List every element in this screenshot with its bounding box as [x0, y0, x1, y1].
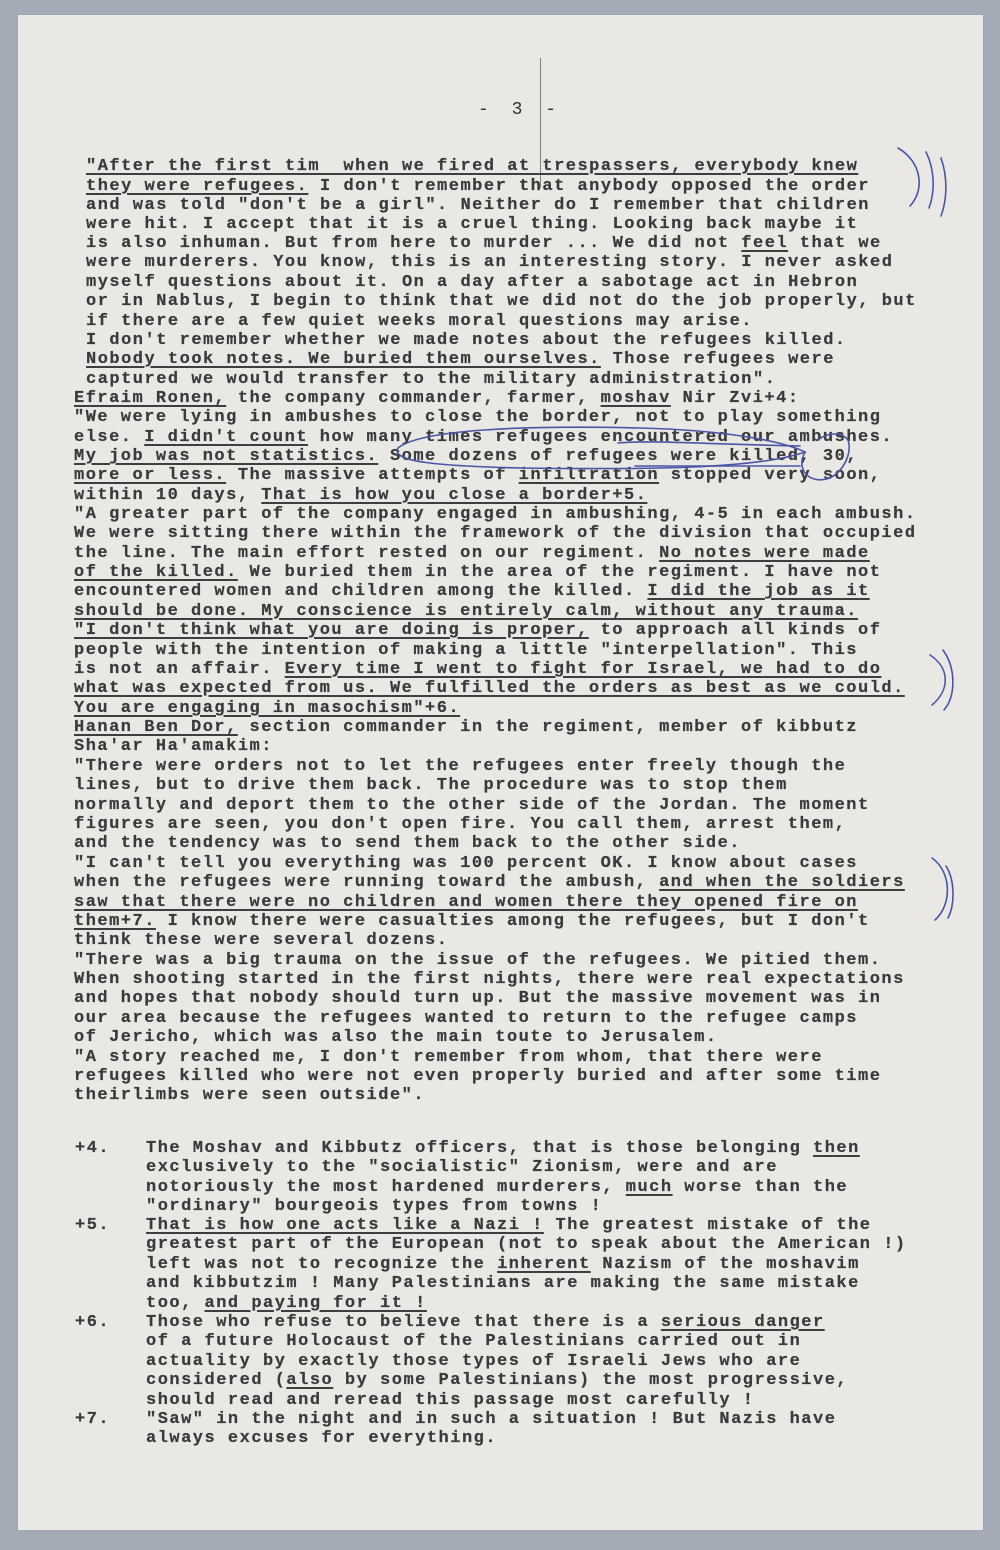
text-run: figures are seen, you don't open fire. Y…: [74, 815, 846, 834]
footnote-label: +6.: [75, 1313, 110, 1333]
text-line: Hanan Ben Dor, section commander in the …: [74, 718, 858, 738]
text-run: that we: [788, 234, 882, 253]
text-run: within 10 days,: [74, 486, 261, 505]
text-run: Some dozens of refugees were killed, 30,: [378, 447, 858, 466]
text-line: I don't remember whether we made notes a…: [86, 331, 847, 351]
text-run: how many times refugees encountered our …: [308, 428, 893, 447]
text-line: We were sitting there within the framewo…: [74, 524, 917, 544]
text-line: figures are seen, you don't open fire. Y…: [74, 815, 846, 835]
footnote-line: The Moshav and Kibbutz officers, that is…: [146, 1139, 860, 1159]
text-line: captured we would transfer to the milita…: [86, 370, 776, 390]
text-line: is also inhuman. But from here to murder…: [86, 234, 882, 254]
text-run: if there are a few quiet weeks moral que…: [86, 312, 753, 331]
underlined-text: and when the soldiers: [659, 873, 905, 892]
underlined-text: Hanan Ben Dor,: [74, 718, 238, 737]
text-line: Sha'ar Ha'amakim:: [74, 737, 273, 757]
text-line: "A story reached me, I don't remember fr…: [74, 1048, 823, 1068]
text-run: when the refugees were running toward th…: [74, 873, 659, 892]
text-run: worse than the: [673, 1178, 849, 1197]
text-line: "There was a big trauma on the issue of …: [74, 951, 881, 971]
underlined-text: serious danger: [661, 1313, 825, 1332]
text-line: theirlimbs were seen outside".: [74, 1086, 425, 1106]
text-line: what was expected from us. We fulfilled …: [74, 679, 905, 699]
text-run: section commander in the regiment, membe…: [238, 718, 858, 737]
text-run: "There was a big trauma on the issue of …: [74, 951, 881, 970]
text-run: our area because the refugees wanted to …: [74, 1009, 858, 1028]
text-run: were hit. I accept that it is a cruel th…: [86, 215, 858, 234]
text-line: more or less. The massive attempts of in…: [74, 466, 881, 486]
text-run: Those who refuse to believe that there i…: [146, 1313, 661, 1332]
footnote-label: +4.: [75, 1139, 110, 1159]
underlined-text: "After the first tim when we fired at tr…: [86, 157, 858, 176]
text-run: When shooting started in the first night…: [74, 970, 905, 989]
text-line: Nobody took notes. We buried them oursel…: [86, 350, 835, 370]
text-run: exclusively to the "socialistic" Zionism…: [146, 1158, 778, 1177]
text-line: people with the intention of making a li…: [74, 641, 858, 661]
text-line: myself questions about it. On a day afte…: [86, 273, 858, 293]
text-line: You are engaging in masochism"+6.: [74, 699, 460, 719]
underlined-text: Every time I went to fight for Israel, w…: [285, 660, 882, 679]
text-line: My job was not statistics. Some dozens o…: [74, 447, 858, 467]
text-run: the company commander, farmer,: [226, 389, 600, 408]
text-run: "We were lying in ambushes to close the …: [74, 408, 881, 427]
text-run: "There were orders not to let the refuge…: [74, 757, 846, 776]
text-run: normally and deport them to the other si…: [74, 796, 870, 815]
text-line: and hopes that nobody should turn up. Bu…: [74, 989, 881, 1009]
text-run: is not an affair.: [74, 660, 285, 679]
text-line: of the killed. We buried them in the are…: [74, 563, 881, 583]
text-line: "There were orders not to let the refuge…: [74, 757, 846, 777]
text-run: refugees killed who were not even proper…: [74, 1067, 881, 1086]
text-run: I know there were casualties among the r…: [156, 912, 870, 931]
text-run: too,: [146, 1294, 205, 1313]
text-run: "ordinary" bourgeois types from towns !: [146, 1197, 602, 1216]
footnote-label: +7.: [75, 1410, 110, 1430]
footnote-line: too, and paying for it !: [146, 1294, 427, 1314]
text-line: within 10 days, That is how you close a …: [74, 486, 647, 506]
text-line: saw that there were no children and wome…: [74, 893, 858, 913]
underlined-text: and paying for it !: [205, 1294, 427, 1313]
text-line: or in Nablus, I begin to think that we d…: [86, 292, 917, 312]
text-run: captured we would transfer to the milita…: [86, 370, 776, 389]
text-line: Efraim Ronen, the company commander, far…: [74, 389, 800, 409]
text-run: were murderers. You know, this is an int…: [86, 253, 893, 272]
text-run: by some Palestinians) the most progressi…: [333, 1371, 848, 1390]
footnote-line: of a future Holocaust of the Palestinian…: [146, 1332, 801, 1352]
footnote-line: should read and reread this passage most…: [146, 1391, 755, 1411]
text-run: I don't remember that anybody opposed th…: [308, 177, 870, 196]
underlined-text: saw that there were no children and wome…: [74, 893, 858, 912]
footnote-line: and kibbutzim ! Many Palestinians are ma…: [146, 1274, 860, 1294]
underlined-text: infiltration: [519, 466, 659, 485]
underlined-text: them+7.: [74, 912, 156, 931]
text-run: "Saw" in the night and in such a situati…: [146, 1410, 836, 1429]
underlined-text: Efraim Ronen,: [74, 389, 226, 408]
text-run: "I can't tell you everything was 100 per…: [74, 854, 858, 873]
underlined-text: more or less.: [74, 466, 226, 485]
text-run: and kibbutzim ! Many Palestinians are ma…: [146, 1274, 860, 1293]
underlined-text: That is how one acts like a Nazi !: [146, 1216, 544, 1235]
underlined-text: I didn't count: [144, 428, 308, 447]
text-line: were hit. I accept that it is a cruel th…: [86, 215, 858, 235]
text-run: Those refugees were: [601, 350, 835, 369]
text-line: they were refugees. I don't remember tha…: [86, 177, 870, 197]
text-line: When shooting started in the first night…: [74, 970, 905, 990]
text-run: We were sitting there within the framewo…: [74, 524, 917, 543]
text-run: myself questions about it. On a day afte…: [86, 273, 858, 292]
footnote-line: always excuses for everything.: [146, 1429, 497, 1449]
text-run: notoriously the most hardened murderers,: [146, 1178, 626, 1197]
text-run: always excuses for everything.: [146, 1429, 497, 1448]
text-line: "I don't think what you are doing is pro…: [74, 621, 881, 641]
text-run: Nazism of the moshavim: [591, 1255, 860, 1274]
footnote-line: greatest part of the European (not to sp…: [146, 1235, 907, 1255]
text-run: think these were several dozens.: [74, 931, 448, 950]
footnote-line: left was not to recognize the inherent N…: [146, 1255, 860, 1275]
text-line: normally and deport them to the other si…: [74, 796, 870, 816]
footnote-line: notoriously the most hardened murderers,…: [146, 1178, 848, 1198]
text-run: and the tendency was to send them back t…: [74, 834, 741, 853]
text-run: The massive attempts of: [226, 466, 519, 485]
text-line: think these were several dozens.: [74, 931, 448, 951]
text-line: when the refugees were running toward th…: [74, 873, 905, 893]
text-run: else.: [74, 428, 144, 447]
underlined-text: "I don't think what you are doing is pro…: [74, 621, 589, 640]
underlined-text: moshav: [601, 389, 671, 408]
text-line: refugees killed who were not even proper…: [74, 1067, 881, 1087]
footnote-line: That is how one acts like a Nazi ! The g…: [146, 1216, 872, 1236]
text-run: or in Nablus, I begin to think that we d…: [86, 292, 917, 311]
text-line: "We were lying in ambushes to close the …: [74, 408, 881, 428]
text-run: "A story reached me, I don't remember fr…: [74, 1048, 823, 1067]
text-run: greatest part of the European (not to sp…: [146, 1235, 907, 1254]
text-run: left was not to recognize the: [146, 1255, 497, 1274]
underlined-text: My job was not statistics.: [74, 447, 378, 466]
text-run: the line. The main effort rested on our …: [74, 544, 659, 563]
underlined-text: No notes were made: [659, 544, 870, 563]
text-run: of a future Holocaust of the Palestinian…: [146, 1332, 801, 1351]
text-run: stopped very soon,: [659, 466, 881, 485]
text-line: "After the first tim when we fired at tr…: [86, 157, 858, 177]
text-line: the line. The main effort rested on our …: [74, 544, 870, 564]
text-line: lines, but to drive them back. The proce…: [74, 776, 788, 796]
text-run: to approach all kinds of: [589, 621, 882, 640]
text-line: and was told "don't be a girl". Neither …: [86, 196, 870, 216]
text-line: them+7. I know there were casualties amo…: [74, 912, 870, 932]
footnote-line: "ordinary" bourgeois types from towns !: [146, 1197, 602, 1217]
text-run: The greatest mistake of the: [544, 1216, 872, 1235]
underlined-text: should be done. My conscience is entirel…: [74, 602, 858, 621]
text-line: should be done. My conscience is entirel…: [74, 602, 858, 622]
text-run: and was told "don't be a girl". Neither …: [86, 196, 870, 215]
text-line: were murderers. You know, this is an int…: [86, 253, 893, 273]
footnote-line: considered (also by some Palestinians) t…: [146, 1371, 848, 1391]
underlined-text: what was expected from us. We fulfilled …: [74, 679, 905, 698]
text-run: and hopes that nobody should turn up. Bu…: [74, 989, 881, 1008]
text-line: and the tendency was to send them back t…: [74, 834, 741, 854]
footnote-line: actuality by exactly those types of Isra…: [146, 1352, 801, 1372]
underlined-text: You are engaging in masochism"+6.: [74, 699, 460, 718]
text-run: theirlimbs were seen outside".: [74, 1086, 425, 1105]
underlined-text: they were refugees.: [86, 177, 308, 196]
text-line: of Jericho, which was also the main tout…: [74, 1028, 718, 1048]
text-line: is not an affair. Every time I went to f…: [74, 660, 881, 680]
underlined-text: That is how you close a border+5.: [261, 486, 647, 505]
text-run: "A greater part of the company engaged i…: [74, 505, 917, 524]
underlined-text: Nobody took notes. We buried them oursel…: [86, 350, 601, 369]
text-run: should read and reread this passage most…: [146, 1391, 755, 1410]
text-run: Sha'ar Ha'amakim:: [74, 737, 273, 756]
underlined-text: then: [813, 1139, 860, 1158]
underlined-text: much: [626, 1178, 673, 1197]
text-run: I don't remember whether we made notes a…: [86, 331, 847, 350]
text-line: "A greater part of the company engaged i…: [74, 505, 917, 525]
text-line: else. I didn't count how many times refu…: [74, 428, 893, 448]
footnote-line: exclusively to the "socialistic" Zionism…: [146, 1158, 778, 1178]
text-line: our area because the refugees wanted to …: [74, 1009, 858, 1029]
text-line: if there are a few quiet weeks moral que…: [86, 312, 753, 332]
text-run: of Jericho, which was also the main tout…: [74, 1028, 718, 1047]
underlined-text: of the killed.: [74, 563, 238, 582]
underlined-text: I did the job as it: [647, 582, 869, 601]
text-run: is also inhuman. But from here to murder…: [86, 234, 741, 253]
text-line: encountered women and children among the…: [74, 582, 870, 602]
underlined-text: inherent: [497, 1255, 591, 1274]
text-run: actuality by exactly those types of Isra…: [146, 1352, 801, 1371]
underlined-text: feel: [741, 234, 788, 253]
text-run: The Moshav and Kibbutz officers, that is…: [146, 1139, 813, 1158]
footnote-line: Those who refuse to believe that there i…: [146, 1313, 825, 1333]
text-run: encountered women and children among the…: [74, 582, 647, 601]
text-run: lines, but to drive them back. The proce…: [74, 776, 788, 795]
text-run: Nir Zvi+4:: [671, 389, 800, 408]
text-run: considered (: [146, 1371, 286, 1390]
footnote-line: "Saw" in the night and in such a situati…: [146, 1410, 836, 1430]
footnote-label: +5.: [75, 1216, 110, 1236]
text-run: people with the intention of making a li…: [74, 641, 858, 660]
text-run: We buried them in the area of the regime…: [238, 563, 882, 582]
page-number: - 3 -: [478, 100, 562, 120]
underlined-text: also: [286, 1371, 333, 1390]
text-line: "I can't tell you everything was 100 per…: [74, 854, 858, 874]
